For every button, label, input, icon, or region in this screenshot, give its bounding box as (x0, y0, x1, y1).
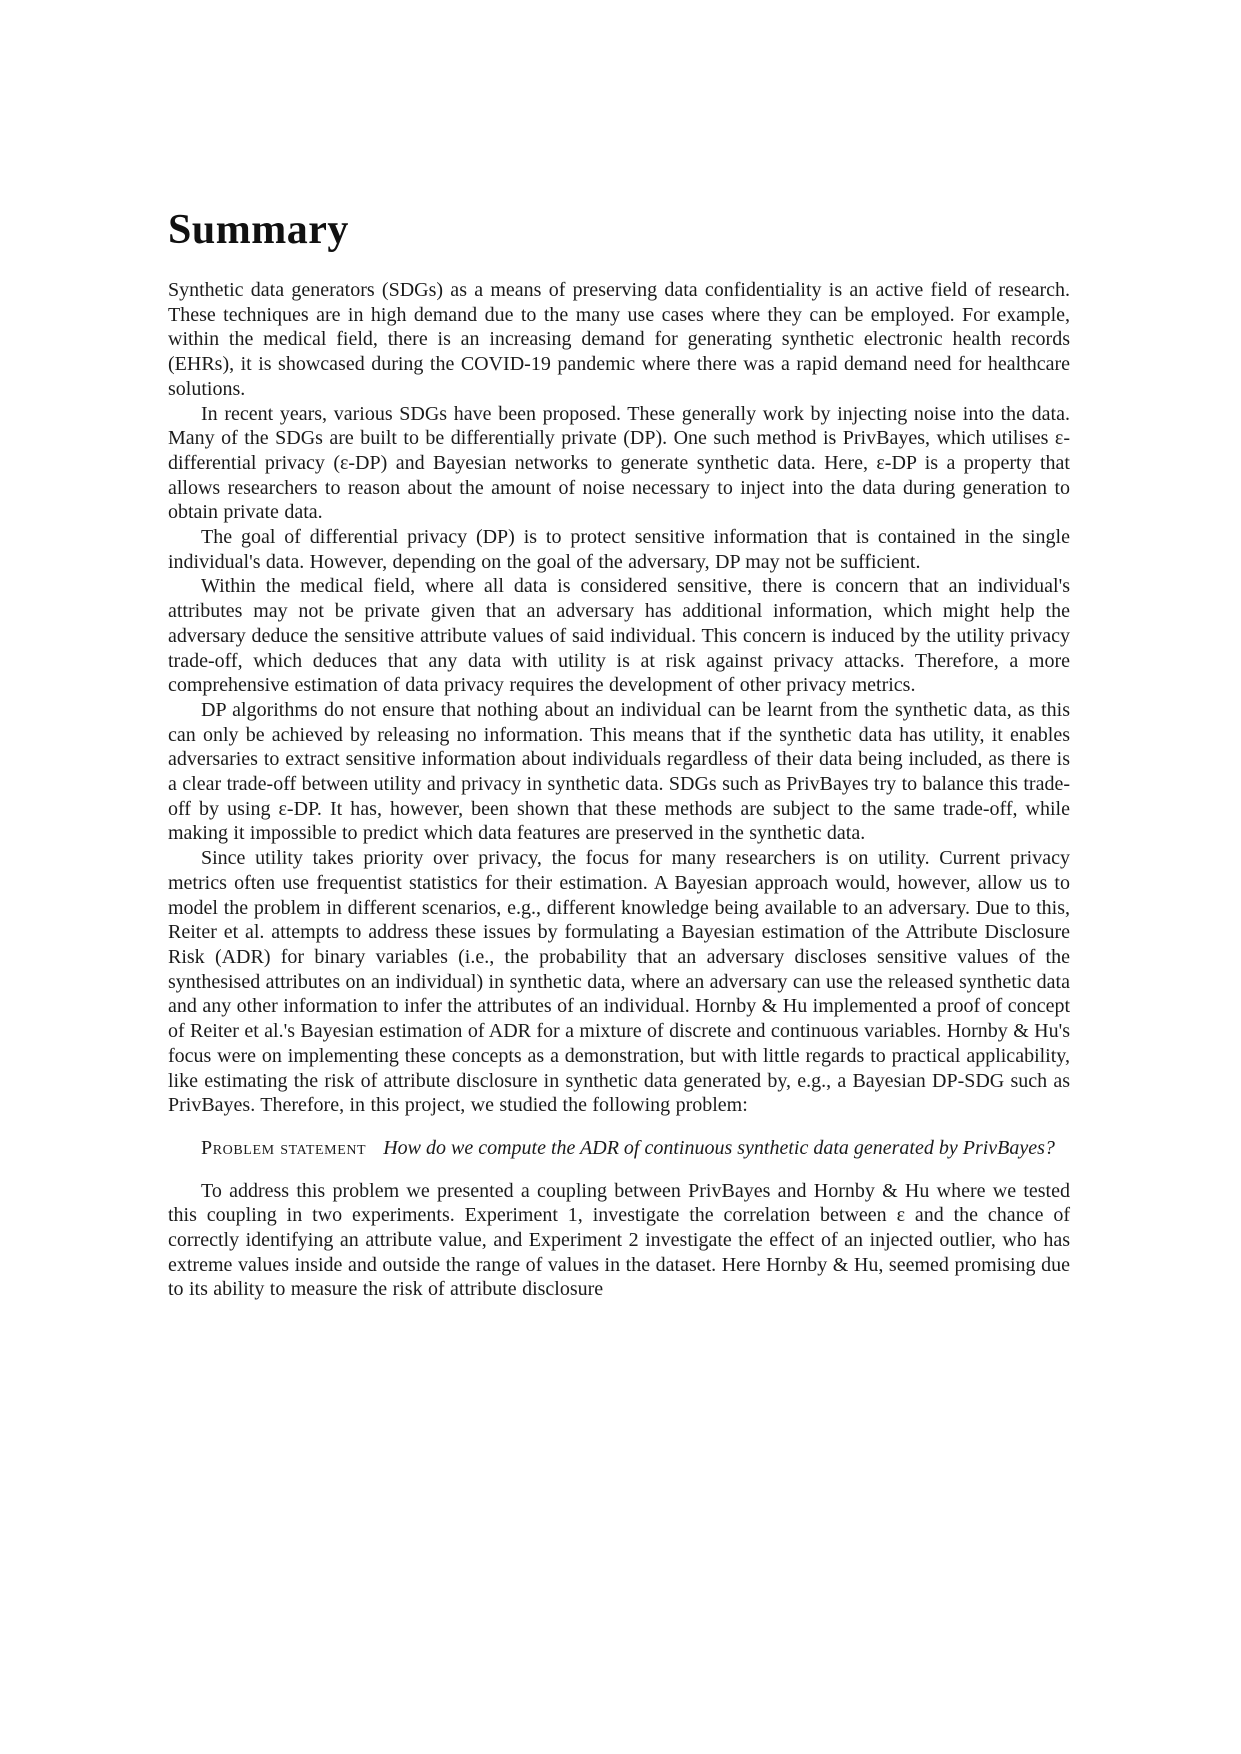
problem-statement-question: How do we compute the ADR of continuous … (383, 1137, 1055, 1159)
paragraph-medical-field: Within the medical field, where all data… (168, 574, 1070, 698)
paragraph-dp-algorithms: DP algorithms do not ensure that nothing… (168, 698, 1070, 846)
paragraph-dp-goal: The goal of differential privacy (DP) is… (168, 525, 1070, 574)
problem-statement-label: Problem statement (201, 1137, 366, 1159)
paragraph-utility-priority: Since utility takes priority over privac… (168, 846, 1070, 1118)
paragraph-intro: Synthetic data generators (SDGs) as a me… (168, 278, 1070, 402)
paragraph-sdgs-proposed: In recent years, various SDGs have been … (168, 402, 1070, 526)
section-title: Summary (168, 208, 1070, 252)
document-page: { "colors": { "background": "#ffffff", "… (0, 0, 1241, 1754)
paragraph-conclusion: To address this problem we presented a c… (168, 1179, 1070, 1303)
problem-statement: Problem statementHow do we compute the A… (168, 1136, 1070, 1161)
page-content: Summary Synthetic data generators (SDGs)… (168, 208, 1070, 1302)
